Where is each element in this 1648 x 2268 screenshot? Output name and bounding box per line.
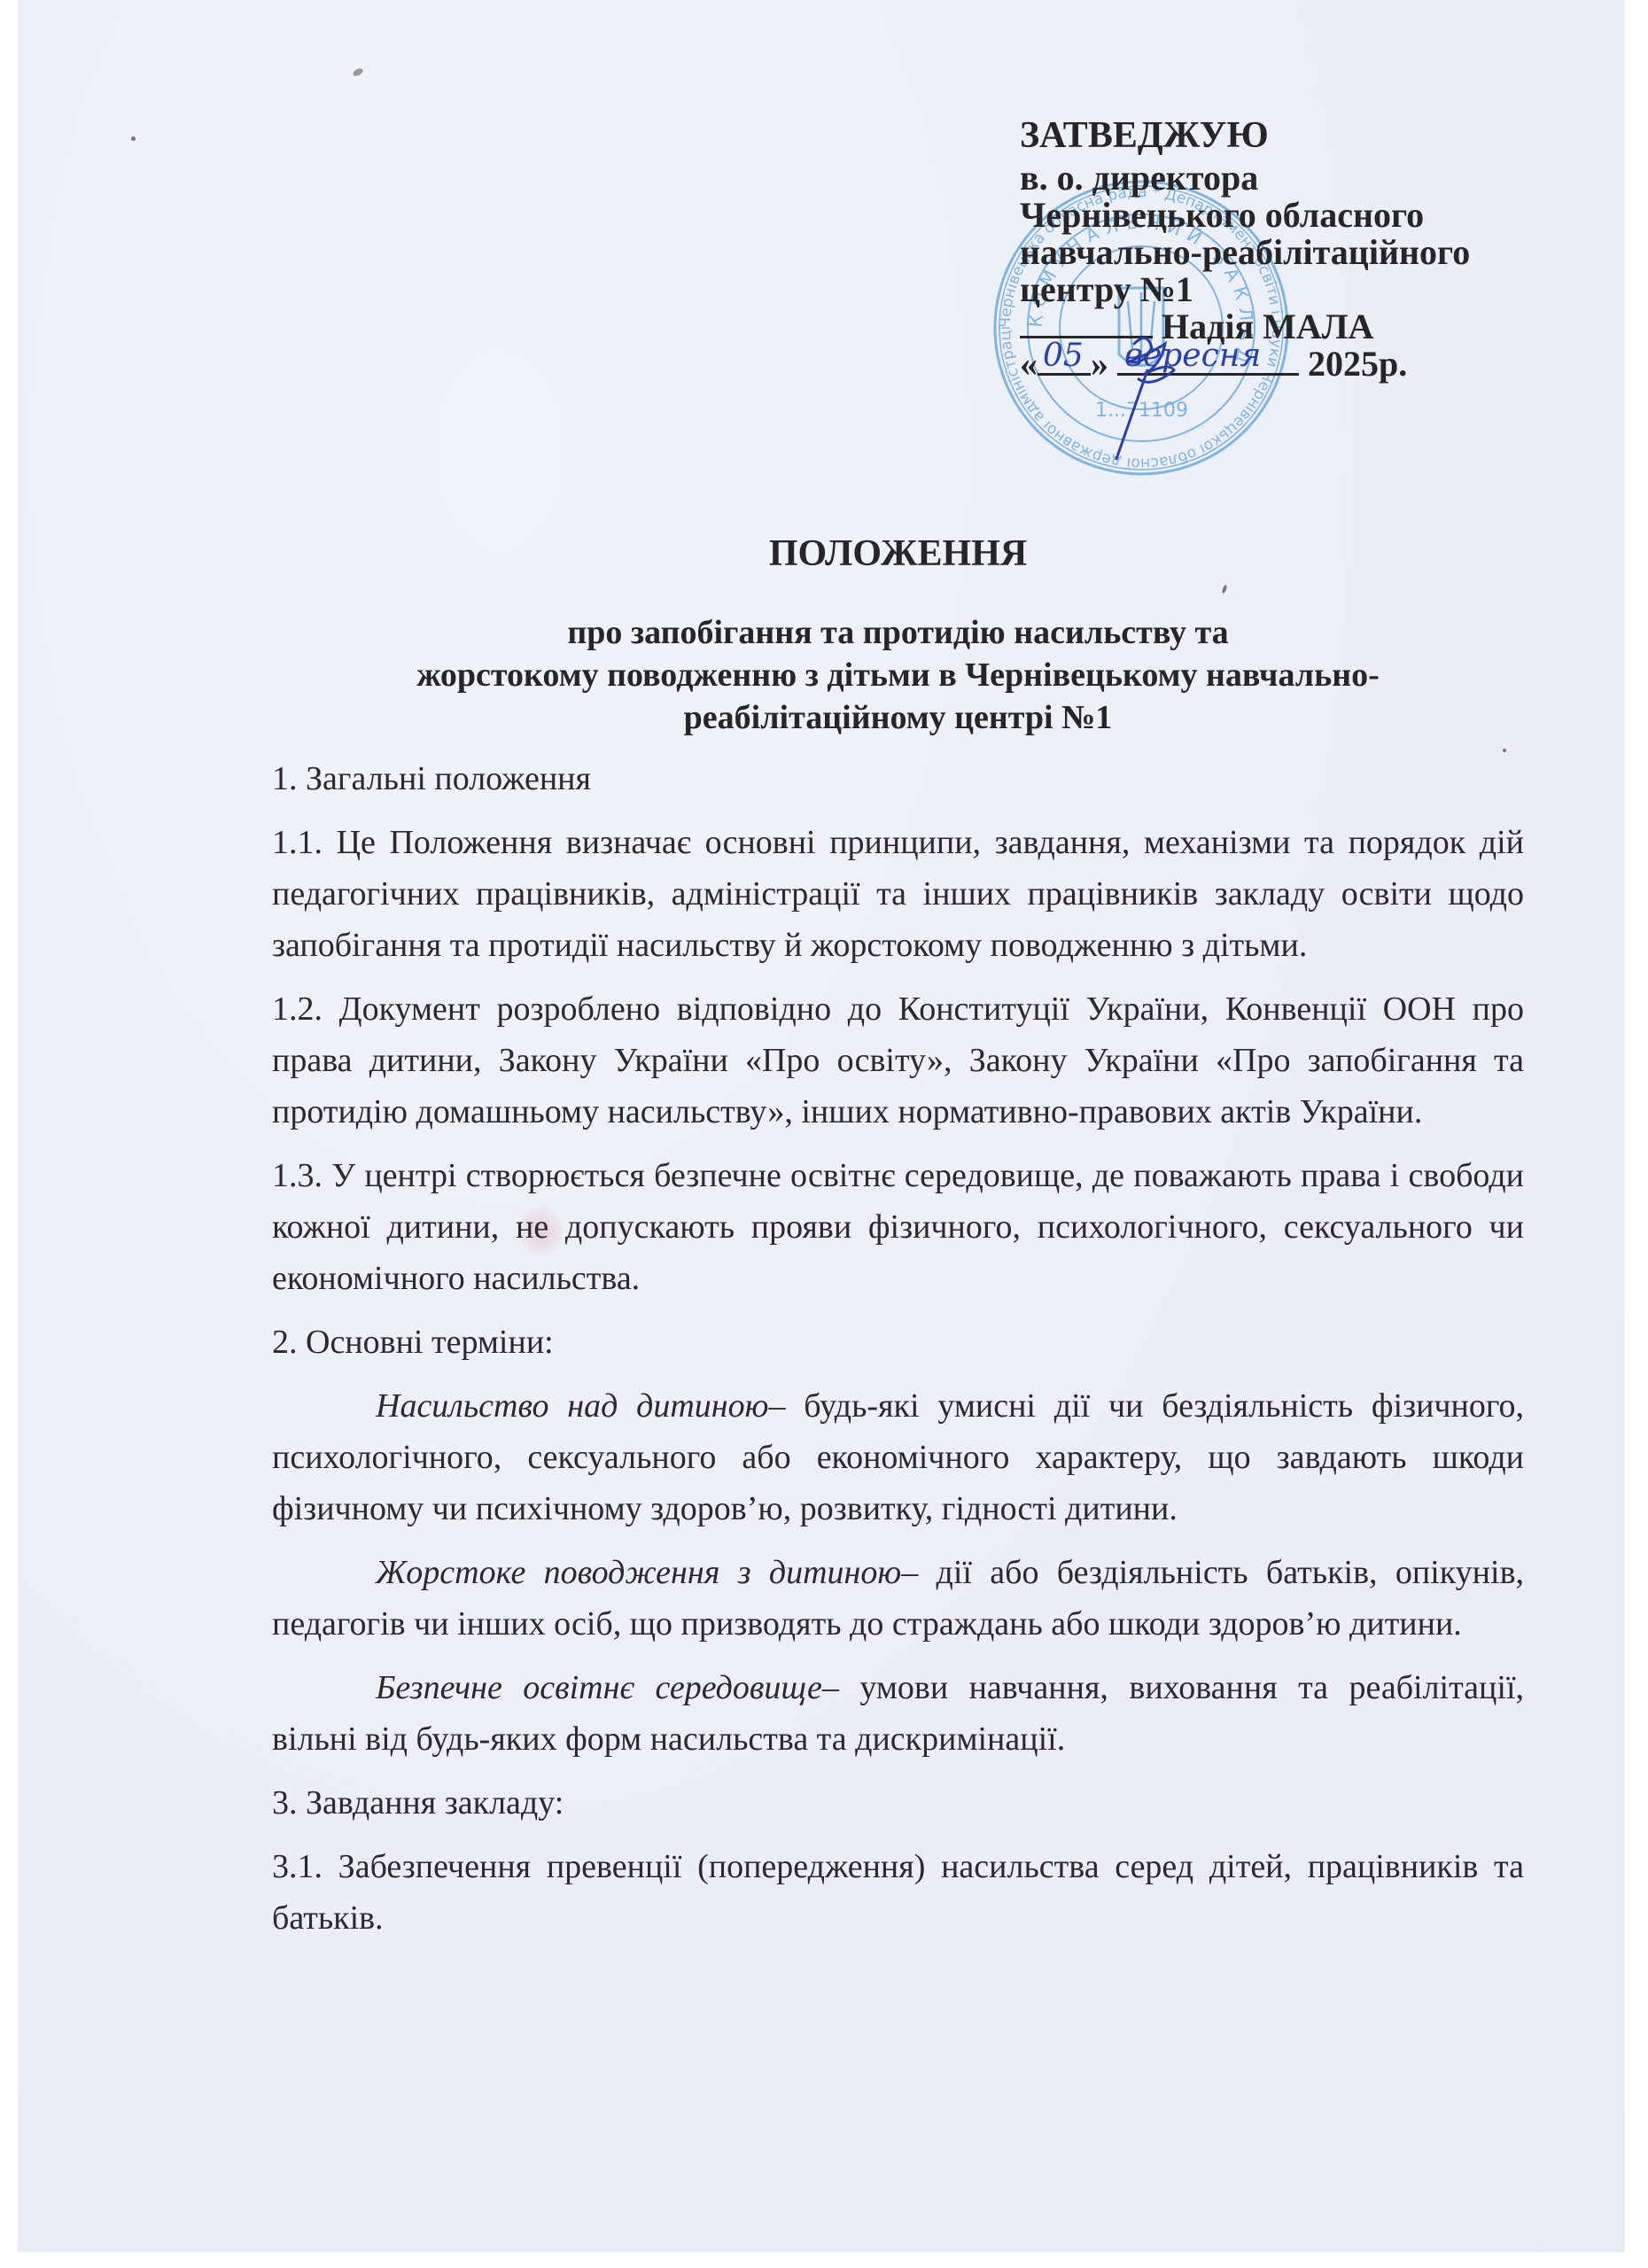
document-subtitle-line-1: про запобігання та протидію насильству т… — [272, 611, 1524, 654]
paper-speck — [1503, 749, 1506, 752]
date-day-blank: 05 — [1038, 346, 1091, 376]
approver-position: в. о. директора — [1020, 159, 1470, 197]
approval-block: ЗАТВЕДЖУЮ в. о. директора Чернівецького … — [1020, 117, 1470, 383]
term-name: Жорстоке поводження з дитиною — [376, 1554, 901, 1591]
document-body: 1. Загальні положення 1.1. Це Положення … — [272, 753, 1524, 1956]
section-2-heading: 2. Основні терміни: — [272, 1317, 1524, 1368]
section-3-heading: 3. Завдання закладу: — [272, 1777, 1524, 1829]
date-year: 2025р. — [1308, 344, 1407, 384]
term-name: Насильство над дитиною — [376, 1387, 768, 1425]
paragraph-1-1: 1.1. Це Положення визначає основні принц… — [272, 817, 1524, 971]
paper-speck — [352, 66, 364, 77]
term-definition: Безпечне освітнє середовище– умови навча… — [272, 1662, 1524, 1765]
paragraph-3-1: 3.1. Забезпечення превенції (попередженн… — [272, 1841, 1524, 1944]
date-quote-open: « — [1020, 344, 1038, 384]
paragraph-1-2: 1.2. Документ розроблено відповідно до К… — [272, 983, 1524, 1138]
scanned-page: Чернівецька обласна рада * Департамент о… — [18, 0, 1625, 2252]
document-title-block: ПОЛОЖЕННЯ про запобігання та протидію на… — [272, 532, 1524, 739]
paper-speck — [131, 136, 136, 141]
term-definition: Насильство над дитиною– будь-які умисні … — [272, 1380, 1524, 1534]
document-subtitle-line-2: жорстокому поводженню з дітьми в Черніве… — [272, 654, 1524, 696]
term-name: Безпечне освітнє середовище — [376, 1669, 822, 1706]
document-title: ПОЛОЖЕННЯ — [272, 532, 1524, 576]
date-day: 05 — [1043, 338, 1084, 375]
approval-heading: ЗАТВЕДЖУЮ — [1020, 117, 1470, 154]
approval-date: «05» вересня 2025р. — [1020, 346, 1470, 383]
term-definition: Жорстоке поводження з дитиною– дії або б… — [272, 1547, 1524, 1650]
approver-org-line-3: центру №1 — [1020, 271, 1470, 308]
handwritten-signature-icon — [1099, 326, 1196, 468]
approver-org-line-2: навчально-реабілітаційного — [1020, 234, 1470, 271]
section-1-heading: 1. Загальні положення — [272, 753, 1524, 804]
paragraph-1-3: 1.3. У центрі створюється безпечне освіт… — [272, 1150, 1524, 1304]
approver-org-line-1: Чернівецького обласного — [1020, 197, 1470, 234]
document-subtitle-line-3: реабілітаційному центрі №1 — [272, 696, 1524, 739]
